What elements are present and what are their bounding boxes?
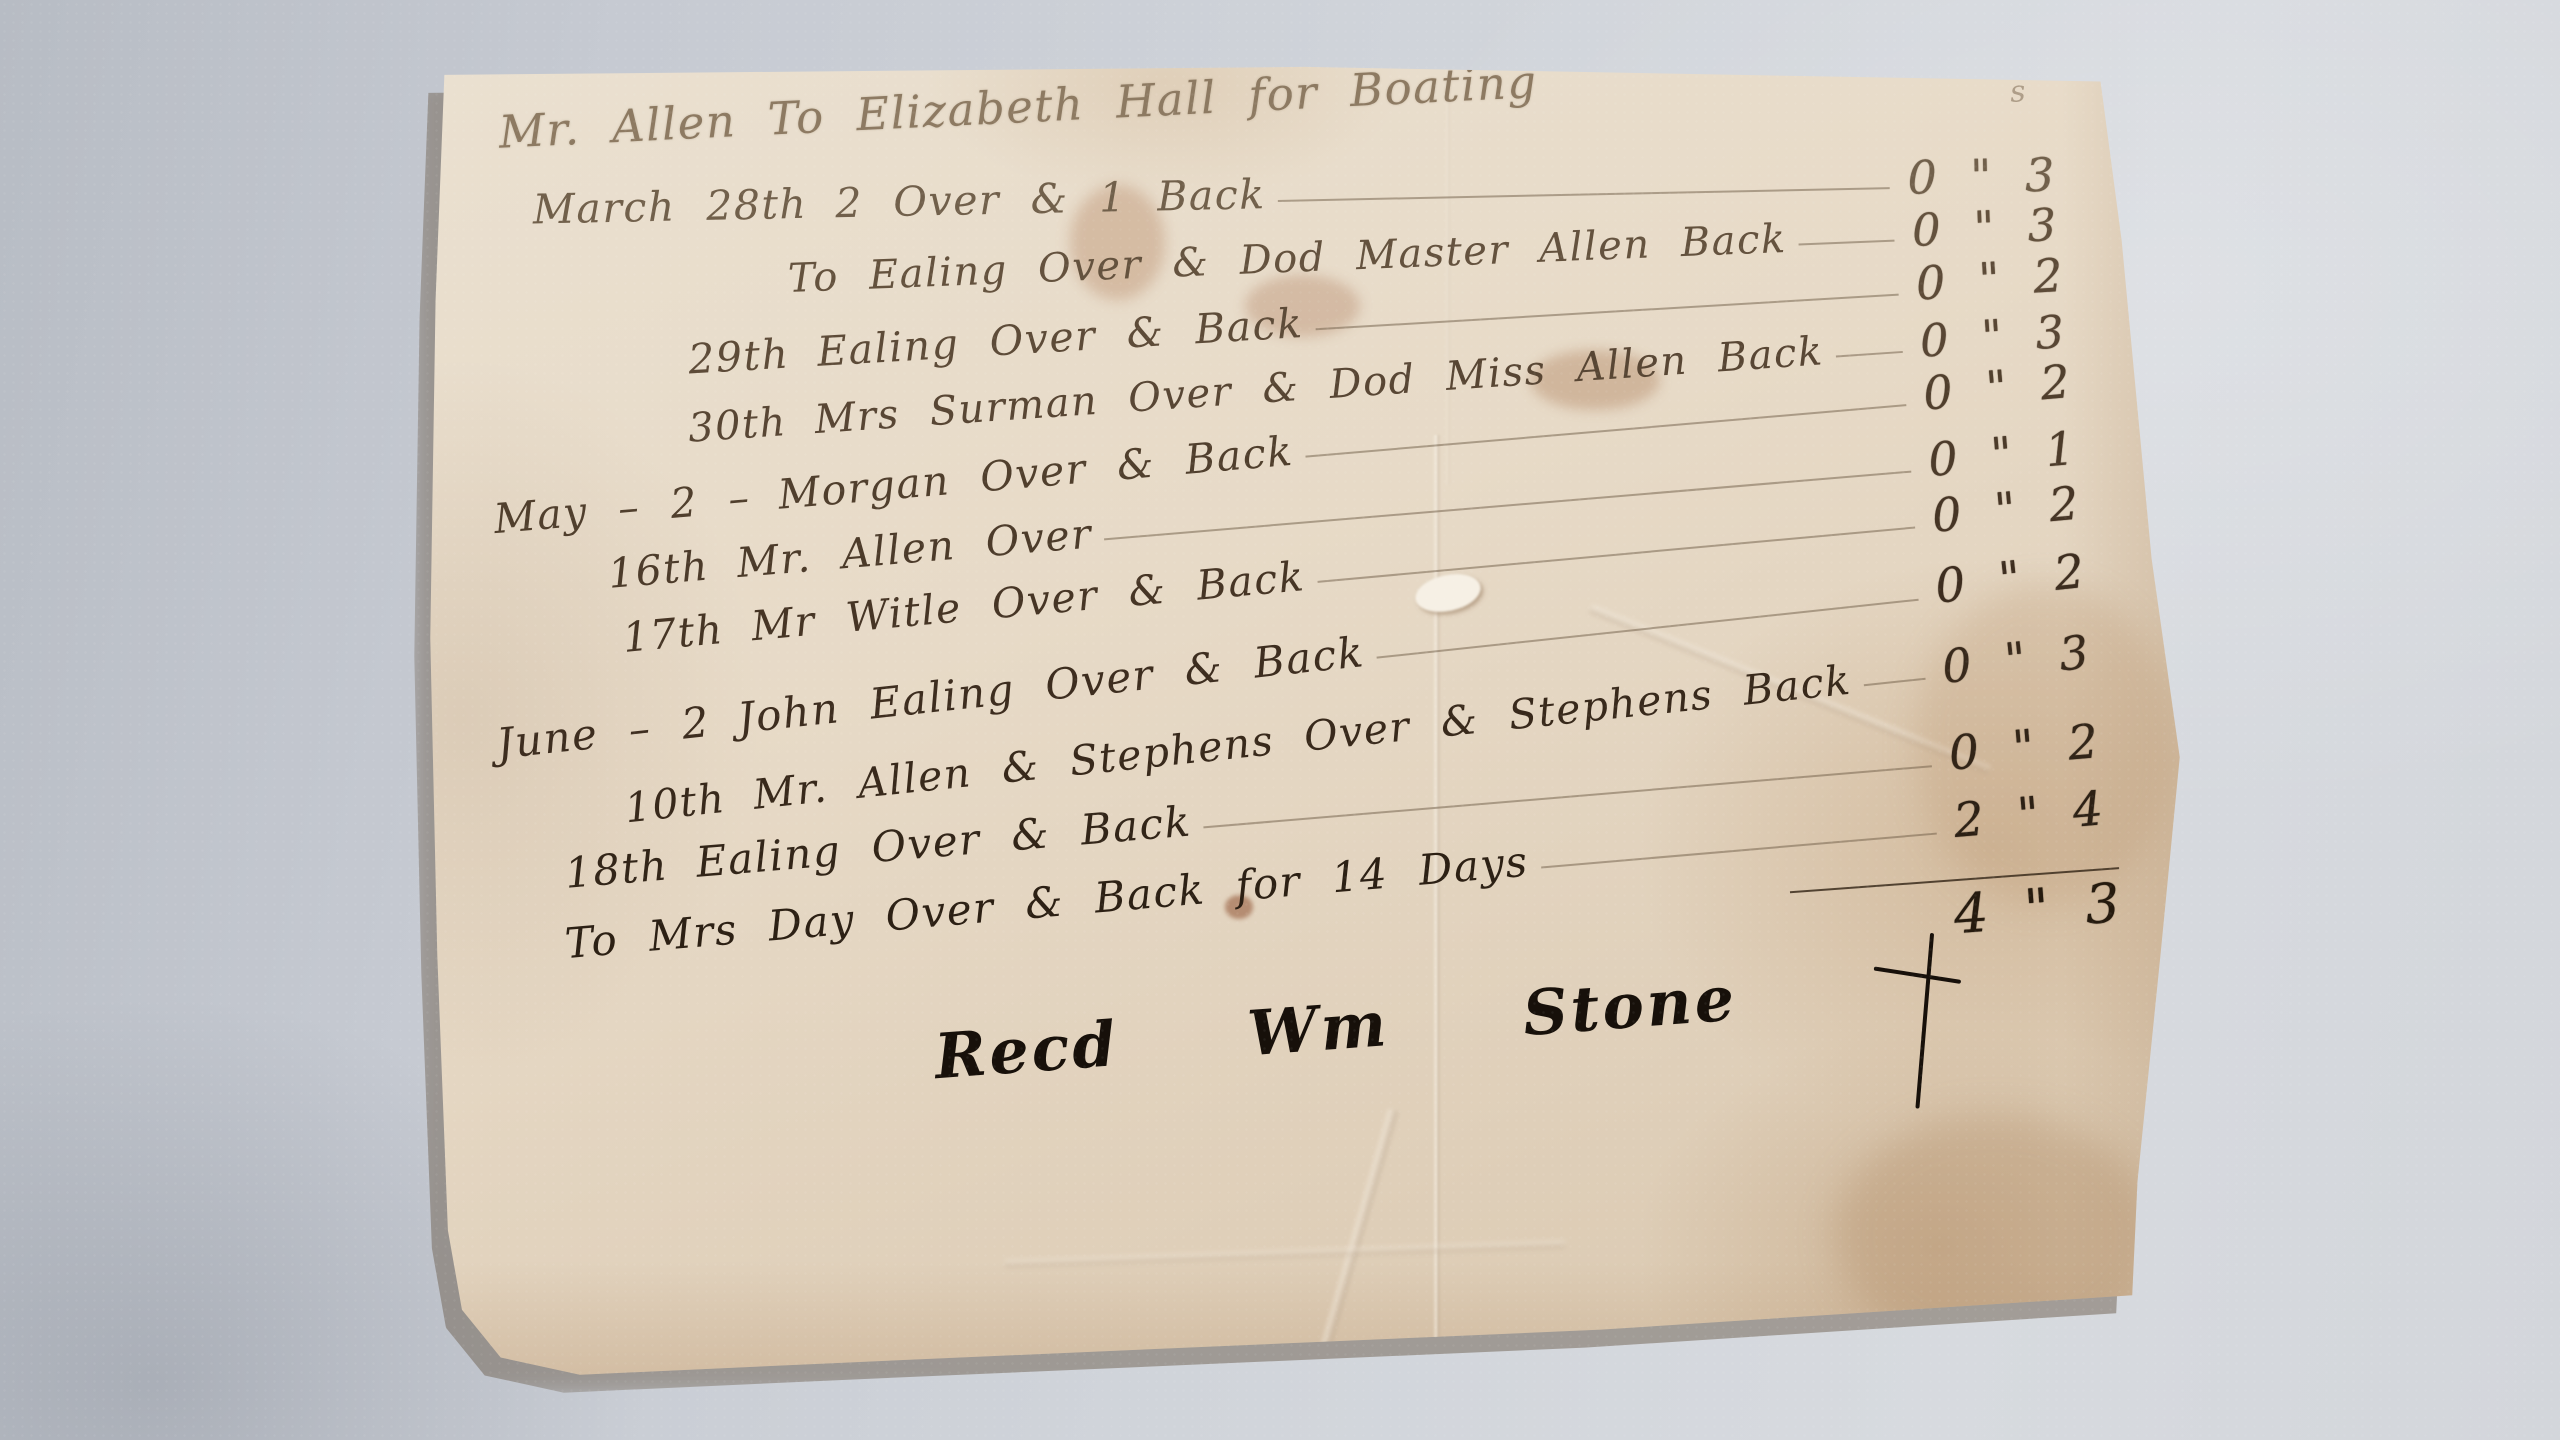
total-amount: 4 " 3	[1952, 871, 2124, 946]
ledger-row-date: June – 2	[494, 697, 712, 768]
ledger-row-description: 2 Over & 1 Back	[835, 170, 1266, 227]
ledger-row-date: March 28th	[532, 180, 807, 234]
signature-received-label: Recd	[932, 1007, 1121, 1093]
leader-line	[1541, 833, 1937, 869]
leader-line	[1836, 351, 1903, 358]
receipt-content: Mr. Allen To Elizabeth Hall for Boating …	[425, 0, 2307, 1376]
ledger-row-amount: 0 " 2	[1914, 248, 2067, 311]
cross-horizontal-stroke	[1874, 966, 1962, 983]
leader-line	[1864, 678, 1926, 686]
leader-line	[1799, 240, 1895, 246]
ledger-row-amount: 0 " 2	[1930, 475, 2084, 542]
ledger-row-date: 17th	[621, 605, 726, 662]
ledger-row-date: 29th	[687, 330, 791, 384]
ledger-row-amount: 0 " 3	[1907, 148, 2058, 205]
ledger-row-date: 30th	[687, 399, 789, 452]
ledger-row-amount: 0 " 2	[1921, 354, 2075, 421]
signature-line: RecdWm Stone	[932, 962, 1739, 1094]
photo-background: Mr. Allen To Elizabeth Hall for Boating …	[0, 0, 2560, 1440]
ledger-row-date: 16th	[606, 542, 711, 598]
ledger-row-amount: 0 " 2	[1933, 544, 2089, 615]
ledger-row-amount: 0 " 3	[1940, 624, 2095, 693]
receipt-paper: Mr. Allen To Elizabeth Hall for Boating …	[425, 55, 2185, 1380]
leader-line	[1377, 599, 1919, 659]
ledger-row-amount: 0 " 2	[1947, 714, 2102, 781]
ledger-row-date: May – 2 –	[492, 473, 752, 543]
document-title: Mr. Allen To Elizabeth Hall for Boating	[498, 55, 1539, 159]
ledger-row-date: 10th	[622, 774, 728, 832]
ledger-row-amount: 2 " 4	[1952, 781, 2107, 849]
cross-vertical-stroke	[1915, 933, 1934, 1109]
currency-column-marker: s d	[2009, 62, 2193, 110]
signature-name: Wm Stone	[1245, 962, 1739, 1071]
signature-cross-flourish	[1868, 930, 1973, 1114]
ledger-rows: March 28th 2 Over & 1 Back 0 " 3 To Eali…	[425, 0, 2210, 55]
leader-line	[1278, 187, 1890, 202]
ledger-row-amount: 0 " 3	[1911, 198, 2063, 257]
ledger-row-date: 18th	[563, 840, 670, 897]
